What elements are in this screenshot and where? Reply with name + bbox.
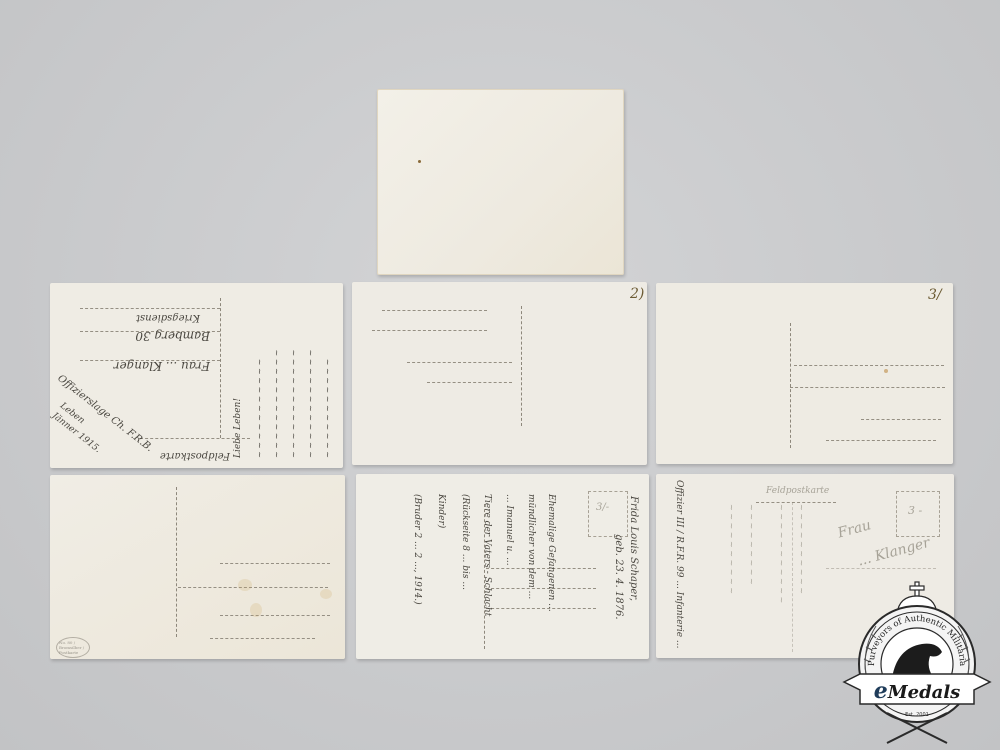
emedals-seal-icon: Purveyors of Authentic Militaria eMedals…: [842, 578, 992, 748]
publisher-imprint: No. 80 / Bromsilber / Postkarte: [56, 637, 90, 658]
stamp-mark: 3 -: [908, 504, 922, 517]
stamp-box: [588, 491, 628, 537]
address-line: [861, 419, 941, 420]
paper-spot: [884, 369, 888, 373]
handwriting-line: geb. 23. 4. 1876.: [613, 534, 624, 620]
address-line: [826, 568, 936, 569]
foxing-stain: [238, 579, 252, 591]
address-line: [826, 440, 936, 441]
handwriting-line: ~ ~ ~ ~ ~ ~ ~ ~ ~ ~ ~ ~: [272, 350, 281, 458]
handwriting-line: ... Imanuel u. ...: [504, 494, 514, 566]
handwriting-line: Offizier III / R.F.R. 99 ... Infanterie …: [674, 480, 684, 649]
address-line: [210, 638, 315, 639]
divider-line: [176, 487, 177, 637]
handwriting-line: (Rückseite 8 ... bis ...: [460, 494, 470, 590]
handwriting-line: Ehemalige Gefangenen ...: [546, 494, 556, 612]
stamp-mark: 3/-: [596, 502, 609, 513]
address-line: [80, 308, 220, 309]
address-line: [407, 362, 512, 363]
handwriting-line: ~ ~ ~ ~ ~ ~ ~ ~ ~ ~: [727, 504, 736, 594]
handwriting-line: Frida Louis Schaper,: [628, 496, 639, 601]
handwriting-line: Feldpostkarte: [160, 450, 230, 461]
divider-line: [220, 298, 221, 438]
address-line: [220, 563, 330, 564]
handwriting-line: Frau: [836, 517, 873, 541]
postcard-handwritten-left: Frau ... Klanger Bamberg 30 Kriegsdienst…: [50, 283, 343, 468]
handwriting-line: Tiere der Vaters - Schlacht: [482, 494, 492, 616]
address-line: [790, 387, 945, 388]
handwriting-line: ~ ~ ~ ~ ~ ~ ~ ~ ~ ~ ~ ~: [306, 350, 315, 458]
postcard-numbered-3: 3/: [656, 283, 953, 464]
card-header: Feldpostkarte: [766, 486, 829, 496]
card-number: 2): [630, 286, 644, 302]
handwriting-line: ~ ~ ~ ~ ~ ~ ~ ~ ~ ~ ~: [323, 359, 332, 458]
address-line: [486, 608, 596, 609]
address-line: [372, 330, 487, 331]
emedals-watermark: Purveyors of Authentic Militaria eMedals…: [842, 578, 992, 748]
address-line: [486, 568, 596, 569]
handwriting-line: ... Klanger: [856, 535, 932, 570]
postcard-numbered-2: 2): [352, 282, 647, 465]
paper-spot: [418, 160, 421, 163]
handwriting-line: ~ ~ ~ ~ ~ ~ ~ ~ ~ ~: [797, 504, 806, 594]
handwriting-line: Liebe Leben!: [233, 398, 243, 458]
svg-text:Est. 2001: Est. 2001: [905, 712, 929, 718]
handwriting-line: ~ ~ ~ ~ ~ ~ ~ ~ ~ ~ ~: [255, 359, 264, 458]
address-line: [756, 502, 836, 503]
handwriting-line: Kinder): [436, 494, 446, 528]
divider-line: [521, 306, 522, 426]
handwriting-line: Bamberg 30: [135, 329, 210, 343]
address-line: [220, 615, 330, 616]
handwriting-line: Frau ... Klanger: [114, 359, 210, 373]
postcard-handwritten-center: 3/- Frida Louis Schaper, geb. 23. 4. 187…: [356, 474, 649, 659]
handwriting-line: (Bruder 2 ... 2 ..., 1914.): [412, 494, 422, 605]
photo-back-card: [377, 89, 624, 275]
handwriting-line: mündlicher von dem ...: [526, 494, 536, 599]
svg-text:eMedals: eMedals: [874, 678, 961, 704]
handwriting-line: ~ ~ ~ ~ ~ ~ ~ ~ ~: [747, 504, 756, 585]
foxing-stain: [320, 589, 332, 599]
card-number: 3/: [928, 287, 942, 303]
foxing-stain: [250, 603, 262, 617]
address-line: [427, 382, 512, 383]
handwriting-line: ~ ~ ~ ~ ~ ~ ~ ~ ~ ~ ~: [777, 504, 786, 603]
divider-line: [790, 323, 791, 448]
handwriting-line: ~ ~ ~ ~ ~ ~ ~ ~ ~ ~ ~ ~: [289, 350, 298, 458]
handwriting-line: Kriegsdienst: [136, 312, 200, 323]
photo-stage: Frau ... Klanger Bamberg 30 Kriegsdienst…: [0, 0, 1000, 750]
address-line: [794, 365, 944, 366]
address-line: [178, 587, 328, 588]
address-line: [382, 310, 487, 311]
address-line: [486, 588, 596, 589]
divider-line: [792, 502, 793, 652]
postcard-blank-imprint: No. 80 / Bromsilber / Postkarte: [50, 475, 345, 659]
